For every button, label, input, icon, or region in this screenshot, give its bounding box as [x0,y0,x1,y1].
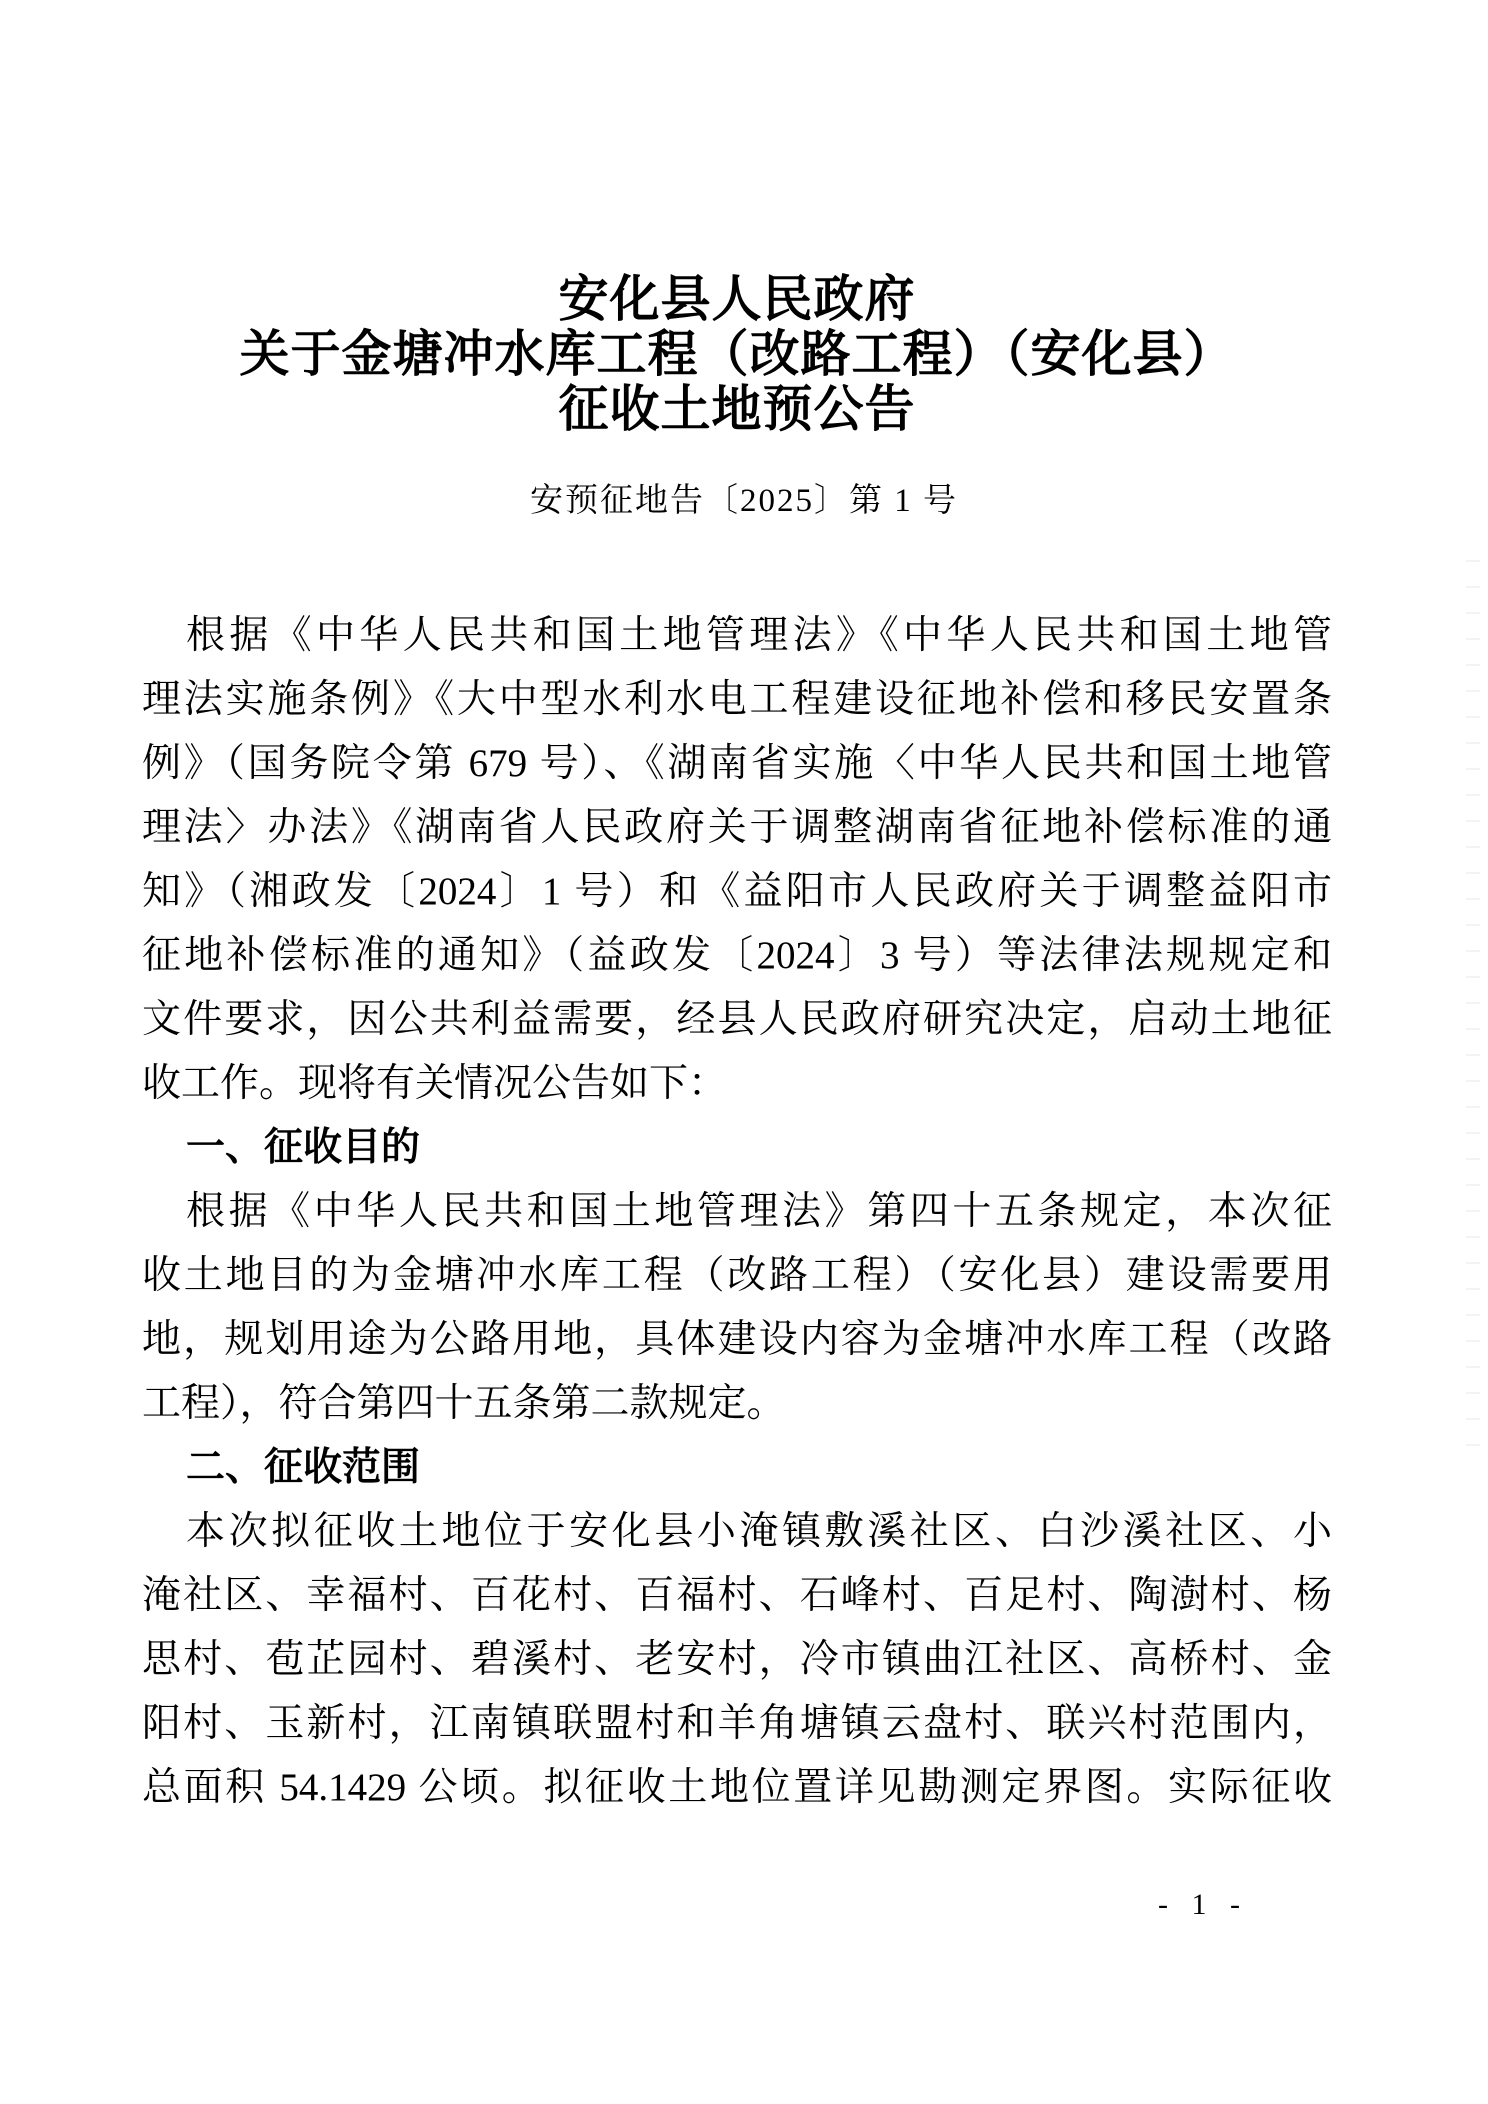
scan-noise-artifact [1466,560,1480,1460]
body-line: 工程），符合第四十五条第二款规定。 [142,1372,1332,1436]
title-line-1: 安化县人民政府 [142,272,1332,327]
body-line: 例》（国务院令第 679 号）、《湖南省实施〈中华人民共和国土地管 [142,732,1332,796]
section-heading: 二、征收范围 [142,1436,1332,1500]
body-line: 本次拟征收土地位于安化县小淹镇敷溪社区、白沙溪社区、小 [142,1500,1332,1564]
document-body: 根据《中华人民共和国土地管理法》《中华人民共和国土地管理法实施条例》《大中型水利… [142,604,1332,1820]
body-line: 文件要求，因公共利益需要，经县人民政府研究决定，启动土地征 [142,988,1332,1052]
body-line: 阳村、玉新村，江南镇联盟村和羊角塘镇云盘村、联兴村范围内， [142,1692,1332,1756]
body-line: 淹社区、幸福村、百花村、百福村、石峰村、百足村、陶澍村、杨 [142,1564,1332,1628]
body-line: 知》（湘政发〔2024〕1 号）和《益阳市人民政府关于调整益阳市 [142,860,1332,924]
body-line: 总面积 54.1429 公顷。拟征收土地位置详见勘测定界图。实际征收 [142,1756,1332,1820]
body-line: 收土地目的为金塘冲水库工程（改路工程）（安化县）建设需要用 [142,1244,1332,1308]
body-line: 根据《中华人民共和国土地管理法》第四十五条规定，本次征 [142,1180,1332,1244]
body-line: 思村、苞芷园村、碧溪村、老安村，冷市镇曲江社区、高桥村、金 [142,1628,1332,1692]
document-number: 安预征地告〔2025〕第 1 号 [0,474,1488,521]
document-page: 安化县人民政府 关于金塘冲水库工程（改路工程）（安化县） 征收土地预公告 安预征… [0,0,1488,2104]
body-line: 理法实施条例》《大中型水利水电工程建设征地补偿和移民安置条 [142,668,1332,732]
document-title: 安化县人民政府 关于金塘冲水库工程（改路工程）（安化县） 征收土地预公告 [142,272,1332,437]
page-number: - 1 - [1158,1888,1248,1922]
body-line: 根据《中华人民共和国土地管理法》《中华人民共和国土地管 [142,604,1332,668]
body-line: 征地补偿标准的通知》（益政发〔2024〕3 号）等法律法规规定和 [142,924,1332,988]
section-heading: 一、征收目的 [142,1116,1332,1180]
body-line: 理法〉办法》《湖南省人民政府关于调整湖南省征地补偿标准的通 [142,796,1332,860]
body-line: 收工作。现将有关情况公告如下： [142,1052,1332,1116]
body-line: 地，规划用途为公路用地，具体建设内容为金塘冲水库工程（改路 [142,1308,1332,1372]
title-line-2: 关于金塘冲水库工程（改路工程）（安化县） [142,327,1332,382]
title-line-3: 征收土地预公告 [142,382,1332,437]
